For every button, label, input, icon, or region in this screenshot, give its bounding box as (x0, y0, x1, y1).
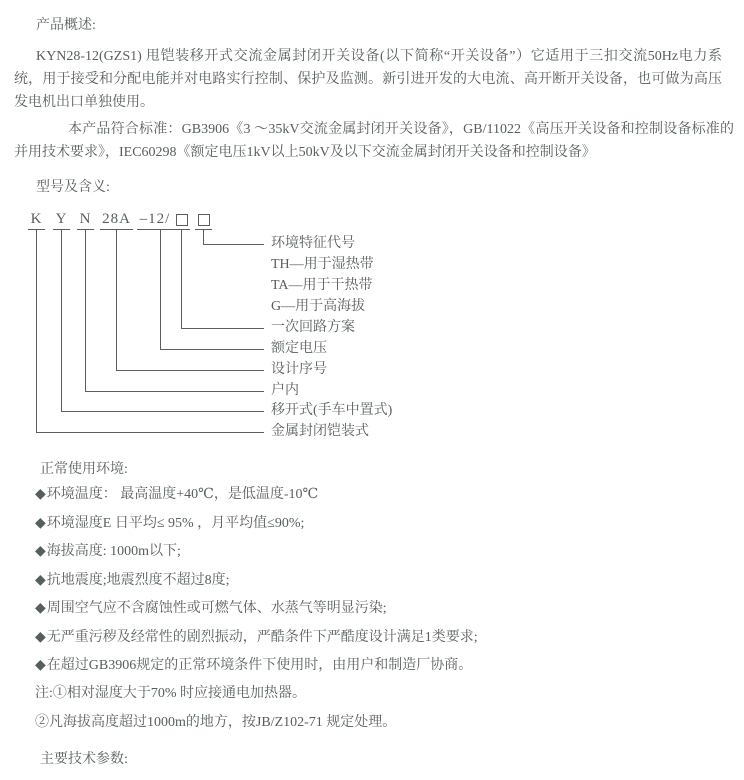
diagram-connector-line (203, 244, 264, 245)
diagram-label-metal-clad: 金属封闭铠装式 (271, 424, 369, 440)
diagram-connector-line (181, 328, 264, 329)
environment-item: ◆抗地震度;地震烈度不超过8度; (35, 573, 230, 589)
environment-item: ◆环境湿度E 日平均≤ 95% ，月平均值≤90%; (35, 516, 304, 532)
model-code-part-28a: 28A (100, 211, 133, 230)
diagram-connector-line (85, 391, 264, 392)
environment-item: ◆无严重污秽及经常性的剧烈振动，严酷条件下严酷度设计满足1类要求; (35, 630, 478, 646)
environment-item-text: 周围空气应不含腐蚀性或可燃气体、水蒸气等明显污染; (47, 601, 387, 616)
diagram-connector-line (181, 230, 182, 328)
diagram-label-rated-voltage: 额定电压 (271, 341, 327, 357)
intro-paragraph: KYN28-12(GZS1) 甩铠装移开式交流金属封闭开关设备(以下简称“开关设… (14, 45, 722, 114)
diagram-connector-line (61, 230, 62, 411)
diamond-bullet-icon: ◆ (35, 630, 46, 645)
diagram-connector-line (61, 411, 264, 412)
model-code-diagram: K Y N 28A –12/ 环境特征代号 TH—用于湿热带 TA—用于干热带 … (0, 205, 744, 453)
diamond-bullet-icon: ◆ (35, 658, 46, 673)
standards-paragraph: 本产品符合标准：GB3906《3 ～35kV交流金属封闭开关设备》，GB/110… (14, 118, 734, 164)
tech-params-heading: 主要技术参数: (40, 748, 128, 768)
diamond-bullet-icon: ◆ (35, 516, 46, 531)
diagram-connector-line (36, 230, 37, 432)
model-code-part-n: N (77, 211, 94, 230)
model-heading: 型号及含义: (36, 176, 110, 196)
environment-item-text: 环境温度： 最高温度+40℃，是低温度-10℃ (47, 487, 318, 502)
diagram-label-indoor: 户内 (271, 383, 299, 399)
environment-heading: 正常使用环境: (40, 458, 128, 478)
diagram-label-circuit: 一次回路方案 (271, 320, 355, 336)
overview-heading: 产品概述: (36, 14, 96, 34)
diagram-connector-line (160, 349, 264, 350)
diamond-bullet-icon: ◆ (35, 573, 46, 588)
diagram-label-g: G—用于高海拔 (271, 299, 365, 315)
diagram-connector-line (203, 230, 204, 244)
diagram-connector-line (160, 230, 161, 349)
environment-item-text: 在超过GB3906规定的正常环境条件下使用时，由用户和制造厂协商。 (47, 658, 472, 673)
diagram-label-design-serial: 设计序号 (271, 362, 327, 378)
diagram-label-env-code: 环境特征代号 (271, 236, 355, 252)
environment-item: ◆环境温度： 最高温度+40℃，是低温度-10℃ (35, 487, 318, 503)
placeholder-box-icon (176, 214, 188, 226)
product-document-page: 产品概述: KYN28-12(GZS1) 甩铠装移开式交流金属封闭开关设备(以下… (0, 0, 744, 780)
diagram-connector-line (116, 370, 264, 371)
diagram-connector-line (36, 432, 264, 433)
model-code-part-k: K (28, 211, 45, 230)
model-code-part-voltage: –12/ (137, 211, 173, 230)
placeholder-box-environment (195, 211, 212, 230)
diamond-bullet-icon: ◆ (35, 544, 46, 559)
note-line-2: ②凡海拔高度超过1000m的地方，按JB/Z102-71 规定处理。 (35, 715, 396, 731)
placeholder-box-circuit (173, 211, 190, 230)
diamond-bullet-icon: ◆ (35, 601, 46, 616)
diagram-label-withdrawable: 移开式(手车中置式) (271, 403, 392, 419)
note-line-1: 注:①相对湿度大于70% 时应接通电加热器。 (35, 686, 306, 702)
environment-item-text: 海拔高度: 1000m以下; (47, 544, 181, 559)
environment-item-text: 抗地震度;地震烈度不超过8度; (47, 573, 230, 588)
environment-item-text: 环境湿度E 日平均≤ 95% ，月平均值≤90%; (47, 516, 305, 531)
model-code-part-y: Y (53, 211, 70, 230)
diagram-label-ta: TA—用于干热带 (271, 278, 373, 294)
diagram-connector-line (116, 230, 117, 370)
environment-item-text: 无严重污秽及经常性的剧烈振动，严酷条件下严酷度设计满足1类要求; (47, 630, 478, 645)
diagram-label-th: TH—用于湿热带 (271, 257, 374, 273)
placeholder-box-icon (198, 214, 210, 226)
diamond-bullet-icon: ◆ (35, 487, 46, 502)
diagram-connector-line (85, 230, 86, 391)
environment-item: ◆周围空气应不含腐蚀性或可燃气体、水蒸气等明显污染; (35, 601, 387, 617)
environment-item: ◆海拔高度: 1000m以下; (35, 544, 181, 560)
environment-item: ◆在超过GB3906规定的正常环境条件下使用时，由用户和制造厂协商。 (35, 658, 472, 674)
